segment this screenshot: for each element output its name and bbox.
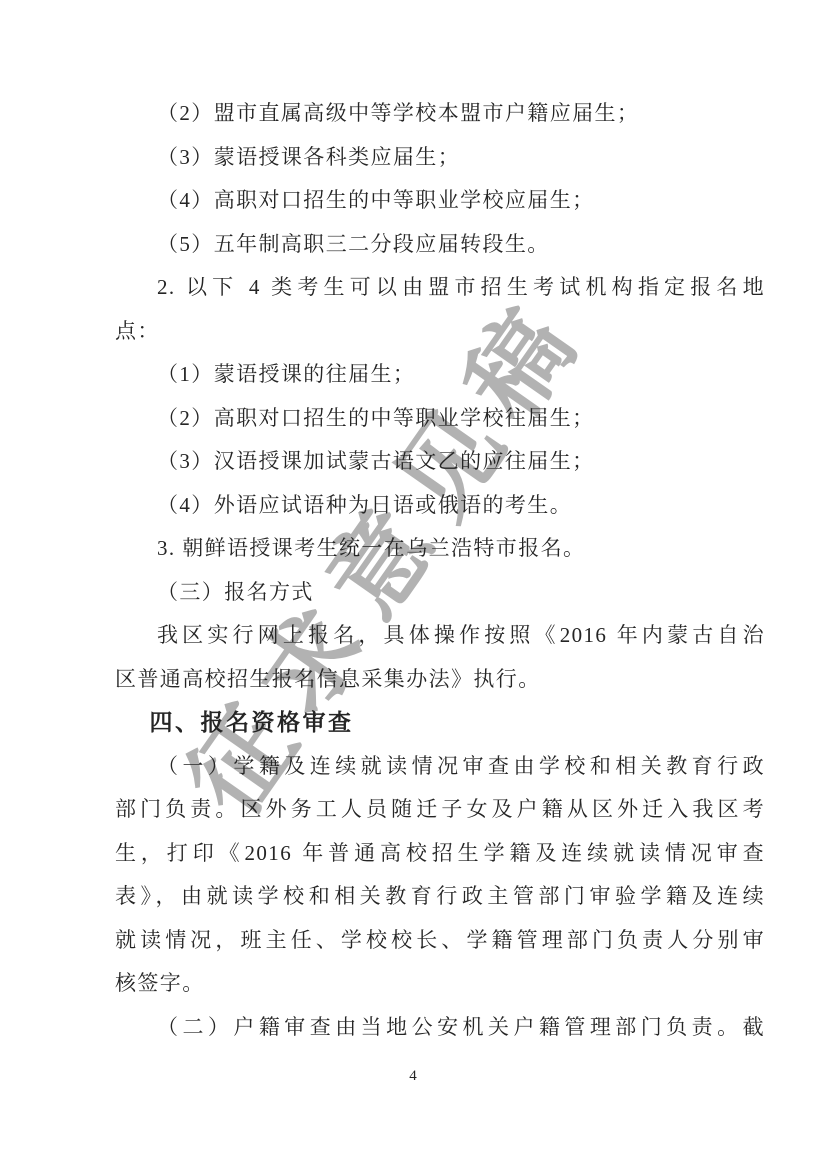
text-line: 就读情况，班主任、学校校长、学籍管理部门负责人分别审 [115, 919, 765, 963]
text-line: （3）蒙语授课各科类应届生； [115, 136, 765, 180]
text-line: （3）汉语授课加试蒙古语文乙的应往届生； [115, 440, 765, 484]
text-line: （三）报名方式 [115, 571, 765, 615]
document-page: 征求意见稿 （2）盟市直属高级中等学校本盟市户籍应届生；（3）蒙语授课各科类应届… [0, 0, 826, 1168]
document-body: （2）盟市直属高级中等学校本盟市户籍应届生；（3）蒙语授课各科类应届生；（4）高… [115, 92, 765, 1049]
text-line: 点： [115, 310, 765, 354]
text-line: （2）高职对口招生的中等职业学校往届生； [115, 397, 765, 441]
text-line: 生，打印《2016 年普通高校招生学籍及连续就读情况审查 [115, 832, 765, 876]
text-line: （5）五年制高职三二分段应届转段生。 [115, 223, 765, 267]
text-line: 部门负责。区外务工人员随迁子女及户籍从区外迁入我区考 [115, 788, 765, 832]
text-line: 表》，由就读学校和相关教育行政主管部门审验学籍及连续 [115, 875, 765, 919]
text-line: 区普通高校招生报名信息采集办法》执行。 [115, 658, 765, 702]
text-line: （2）盟市直属高级中等学校本盟市户籍应届生； [115, 92, 765, 136]
text-line: （4）高职对口招生的中等职业学校应届生； [115, 179, 765, 223]
page-number: 4 [0, 1068, 826, 1085]
text-line: 2. 以下 4 类考生可以由盟市招生考试机构指定报名地 [115, 266, 765, 310]
text-line: （1）蒙语授课的往届生； [115, 353, 765, 397]
section-heading: 四、报名资格审查 [115, 701, 765, 745]
text-line: （4）外语应试语种为日语或俄语的考生。 [115, 484, 765, 528]
text-line: 我区实行网上报名，具体操作按照《2016 年内蒙古自治 [115, 614, 765, 658]
text-line: （二）户籍审查由当地公安机关户籍管理部门负责。截 [115, 1006, 765, 1050]
text-line: （一）学籍及连续就读情况审查由学校和相关教育行政 [115, 745, 765, 789]
text-line: 核签字。 [115, 962, 765, 1006]
text-line: 3. 朝鲜语授课考生统一在乌兰浩特市报名。 [115, 527, 765, 571]
